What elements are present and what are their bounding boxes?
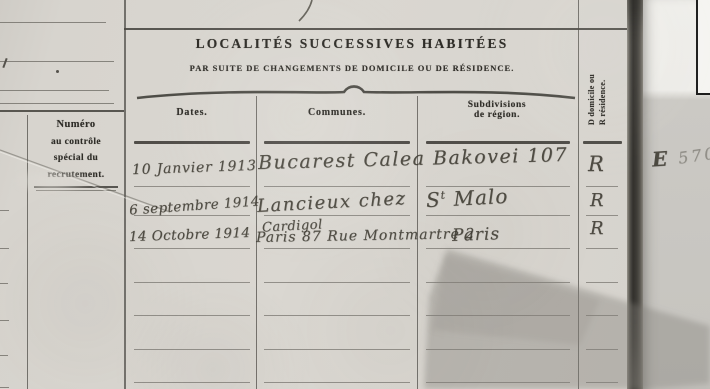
communes-header-rule bbox=[264, 141, 410, 144]
paper-tear-smear bbox=[16, 168, 92, 194]
empty-row-line bbox=[426, 315, 570, 316]
column-header-communes: Communes. bbox=[262, 107, 412, 118]
numero-label-line2: au contrôle bbox=[29, 134, 123, 151]
dr-label-line2: R résidence. bbox=[597, 25, 608, 125]
empty-row-line bbox=[264, 349, 410, 350]
numero-label-line3: spécial du bbox=[29, 150, 123, 167]
empty-row-line bbox=[426, 382, 570, 383]
entry1-date-handwriting: 10 Janvier 1913 bbox=[132, 158, 257, 178]
empty-row-line bbox=[586, 186, 618, 187]
empty-row-line bbox=[426, 282, 570, 283]
st-malo-s: S bbox=[425, 187, 441, 212]
numero-label-line1: Numéro bbox=[29, 117, 123, 134]
entry2-dr-handwriting: R bbox=[590, 190, 604, 211]
empty-row-line bbox=[426, 248, 570, 249]
empty-row-line bbox=[426, 349, 570, 350]
empty-row-line bbox=[586, 282, 618, 283]
column-header-subdivisions: Subdivisions de région. bbox=[421, 100, 573, 120]
numero-column-left-border bbox=[27, 115, 28, 389]
table-left-border bbox=[124, 0, 126, 389]
entry2-commune-line1-handwriting: Lancieux chez bbox=[257, 188, 407, 217]
empty-row-line bbox=[134, 349, 250, 350]
table-title: LOCALITÉS SUCCESSIVES HABITÉES bbox=[130, 36, 574, 52]
empty-row-line bbox=[586, 215, 618, 216]
topleft-row-line bbox=[0, 90, 109, 91]
entry3-date-handwriting: 14 Octobre 1914 bbox=[129, 225, 251, 245]
empty-row-line bbox=[134, 186, 250, 187]
table-subtitle: PAR SUITE DE CHANGEMENTS DE DOMICILE OU … bbox=[130, 63, 574, 73]
binding-gutter-bar bbox=[627, 0, 643, 389]
empty-row-line bbox=[264, 282, 410, 283]
left-edge-row-line bbox=[0, 320, 9, 321]
stray-pen-curve bbox=[299, 0, 312, 21]
empty-row-line bbox=[134, 382, 250, 383]
left-edge-row-line bbox=[0, 248, 9, 249]
entry3-dr-handwriting: R bbox=[590, 218, 604, 239]
column-header-domicile-residence: D domicile ou R résidence. bbox=[586, 25, 616, 125]
dates-header-rule bbox=[134, 141, 250, 144]
empty-row-line bbox=[134, 248, 250, 249]
subdivisions-label-line1: Subdivisions bbox=[421, 100, 573, 110]
entry3-subdivision-handwriting: Paris bbox=[452, 224, 501, 246]
left-edge-row-line bbox=[0, 387, 9, 388]
left-edge-row-line bbox=[0, 355, 8, 356]
st-malo-rest: Malo bbox=[446, 184, 509, 211]
entry2-subdivision-handwriting: St Malo bbox=[425, 184, 508, 212]
topleft-row-line bbox=[0, 22, 106, 23]
entry3-commune-handwriting: Paris 87 Rue Montmartre 2 bbox=[256, 226, 475, 246]
table-top-rule bbox=[124, 28, 628, 30]
empty-row-line bbox=[426, 215, 570, 216]
margin-letter-handwriting: E bbox=[651, 146, 668, 171]
left-edge-row-line bbox=[0, 283, 8, 284]
subdivisions-dr-divider bbox=[578, 0, 579, 389]
corner-stamp-box bbox=[696, 0, 710, 95]
empty-row-line bbox=[586, 349, 618, 350]
empty-row-line bbox=[586, 248, 618, 249]
empty-row-line bbox=[264, 382, 410, 383]
entry1-dr-handwriting: R bbox=[588, 152, 604, 176]
empty-row-line bbox=[586, 382, 618, 383]
column-header-dates: Dates. bbox=[132, 107, 252, 118]
dr-header-rule bbox=[583, 141, 622, 144]
topleft-row-line bbox=[0, 103, 114, 104]
subdivisions-label-line2: de région. bbox=[421, 110, 573, 120]
empty-row-line bbox=[264, 315, 410, 316]
left-edge-row-line bbox=[0, 210, 9, 211]
empty-row-line bbox=[134, 282, 250, 283]
scanned-register-page: Numéro au contrôle spécial du recrutemen… bbox=[0, 0, 710, 389]
empty-row-line bbox=[264, 248, 410, 249]
entry1-commune-handwriting: Bucarest Calea Bakovei 107 bbox=[258, 144, 569, 174]
stray-pen-mark bbox=[2, 58, 7, 68]
empty-row-line bbox=[264, 186, 410, 187]
numero-box-top-rule bbox=[0, 110, 124, 112]
empty-row-line bbox=[134, 315, 250, 316]
stray-ink-dot bbox=[56, 70, 59, 73]
dr-label-line1: D domicile ou bbox=[586, 25, 597, 125]
topleft-row-line bbox=[0, 61, 114, 62]
empty-row-line bbox=[586, 315, 618, 316]
